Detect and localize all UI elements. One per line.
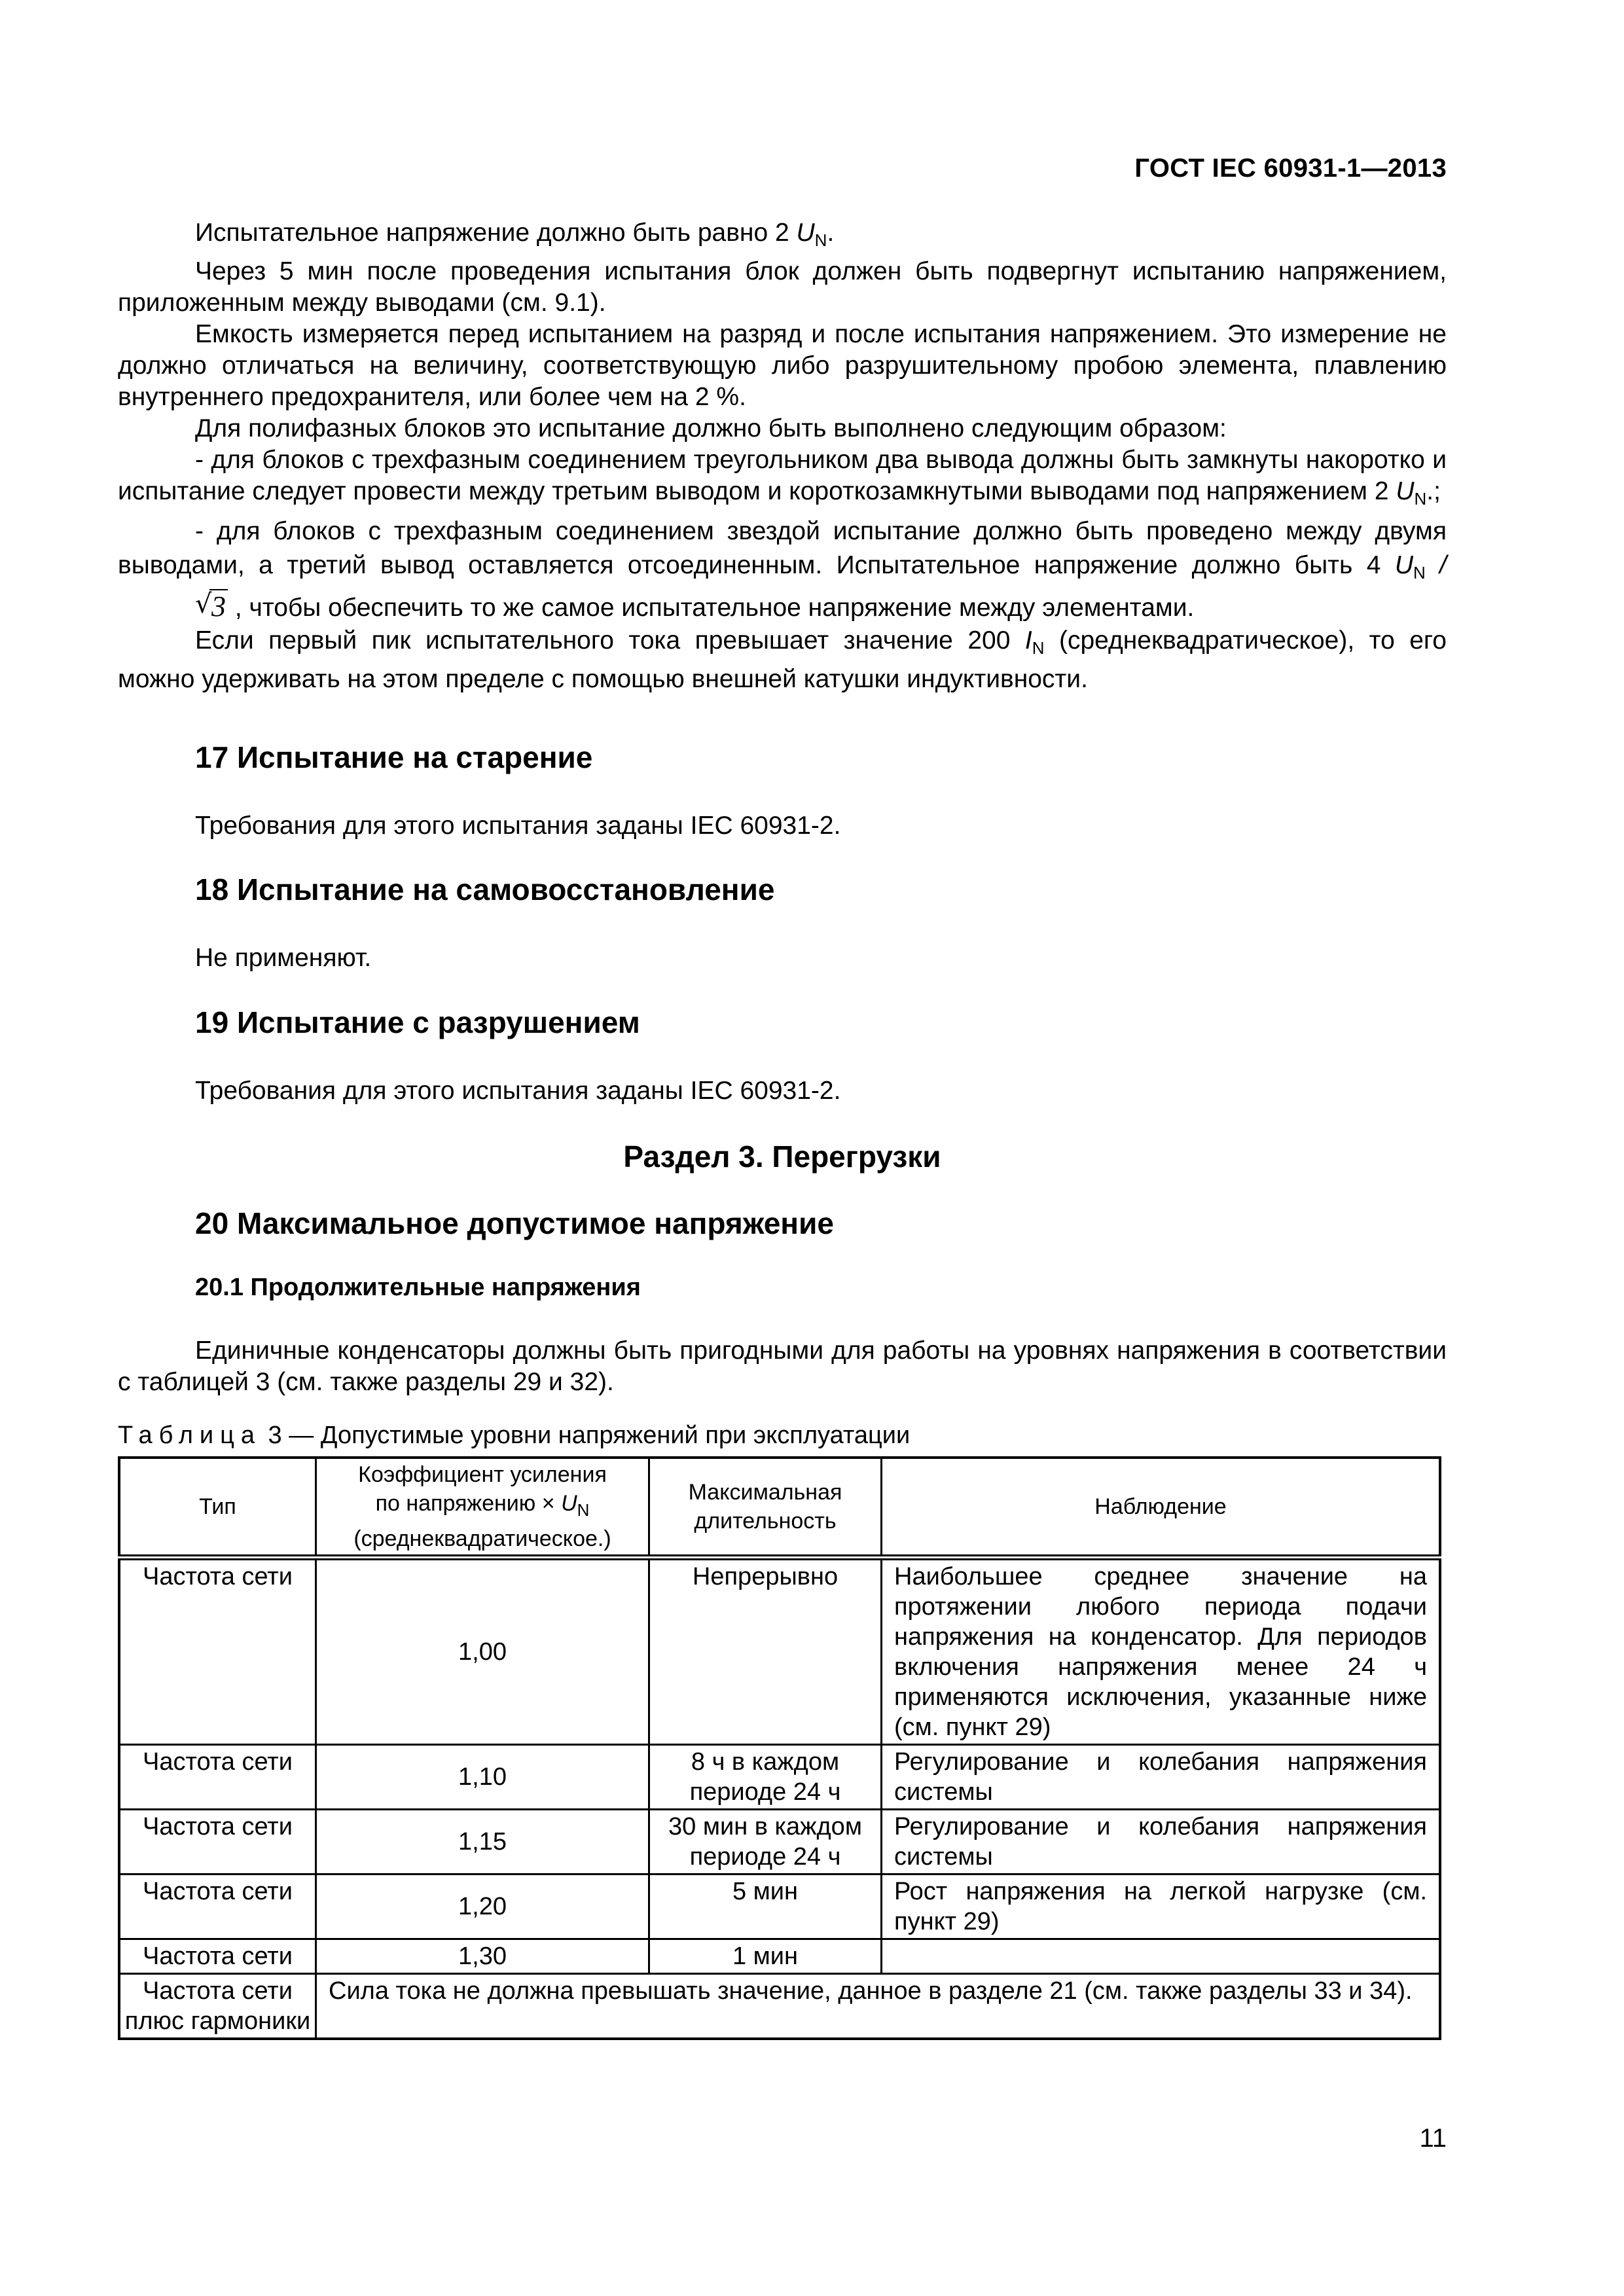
text-section-17: Требования для этого испытания заданы IE…: [195, 810, 1524, 842]
table-row: Частота сети 1,30 1 мин: [119, 1939, 1440, 1974]
column-header-observation: Наблюдение: [882, 1458, 1441, 1558]
heading-section-19: 19 Испытание с разрушением: [195, 1005, 1524, 1040]
text-section-18: Не применяют.: [195, 942, 1524, 974]
page-number: 11: [1419, 2124, 1447, 2153]
heading-section-18: 18 Испытание на самовосстановление: [195, 872, 1524, 907]
square-root-symbol: 3: [118, 590, 228, 624]
table-row-harmonics: Частота сети плюс гармоники Сила тока не…: [119, 1974, 1440, 2039]
paragraph-polyphase: Для полифазных блоков это испытание долж…: [118, 413, 1447, 444]
table-body: Частота сети 1,00 Непрерывно Наибольшее …: [119, 1558, 1440, 2039]
table-row: Частота сети 1,00 Непрерывно Наибольшее …: [119, 1558, 1440, 1745]
table-row: Частота сети 1,10 8 ч в каждом периоде 2…: [119, 1745, 1440, 1810]
text-section-19: Требования для этого испытания заданы IE…: [195, 1075, 1524, 1107]
heading-section-17: 17 Испытание на старение: [195, 740, 1524, 775]
heading-subsection-20-1: 20.1 Продолжительные напряжения: [195, 1274, 1524, 1302]
heading-part-3: Раздел 3. Перегрузки: [118, 1139, 1447, 1174]
table-header-row: Тип Коэффициент усиления по напряжению ×…: [119, 1458, 1440, 1558]
text-section-20-1: Единичные конденсаторы должны быть приго…: [118, 1335, 1447, 1398]
paragraph-delta: - для блоков с трехфазным соединением тр…: [118, 444, 1447, 514]
column-header-type: Тип: [119, 1458, 316, 1558]
column-header-duration: Максимальная длительность: [649, 1458, 882, 1558]
paragraph-peak-current: Если первый пик испытательного тока прев…: [118, 625, 1447, 695]
table-3-caption: Таблица 3 — Допустимые уровни напряжений…: [118, 1422, 1447, 1450]
paragraph-test-voltage: Испытательное напряжение должно быть рав…: [118, 217, 1447, 256]
paragraph-capacitance: Емкость измеряется перед испытанием на р…: [118, 319, 1447, 413]
table-row: Частота сети 1,15 30 мин в каждом период…: [119, 1810, 1440, 1874]
column-header-coefficient: Коэффициент усиления по напряжению × UN …: [316, 1458, 649, 1558]
paragraph-star: - для блоков с трехфазным соединением зв…: [118, 514, 1447, 625]
table-3-voltage-levels: Тип Коэффициент усиления по напряжению ×…: [118, 1456, 1441, 2040]
intro-block: Испытательное напряжение должно быть рав…: [118, 217, 1447, 695]
table-row: Частота сети 1,20 5 мин Рост напряжения …: [119, 1874, 1440, 1939]
heading-section-20: 20 Максимальное допустимое напряжение: [195, 1206, 1524, 1241]
paragraph-after-test: Через 5 мин после проведения испытания б…: [118, 256, 1447, 319]
document-id-header: ГОСТ IEC 60931-1—2013: [1134, 154, 1447, 183]
